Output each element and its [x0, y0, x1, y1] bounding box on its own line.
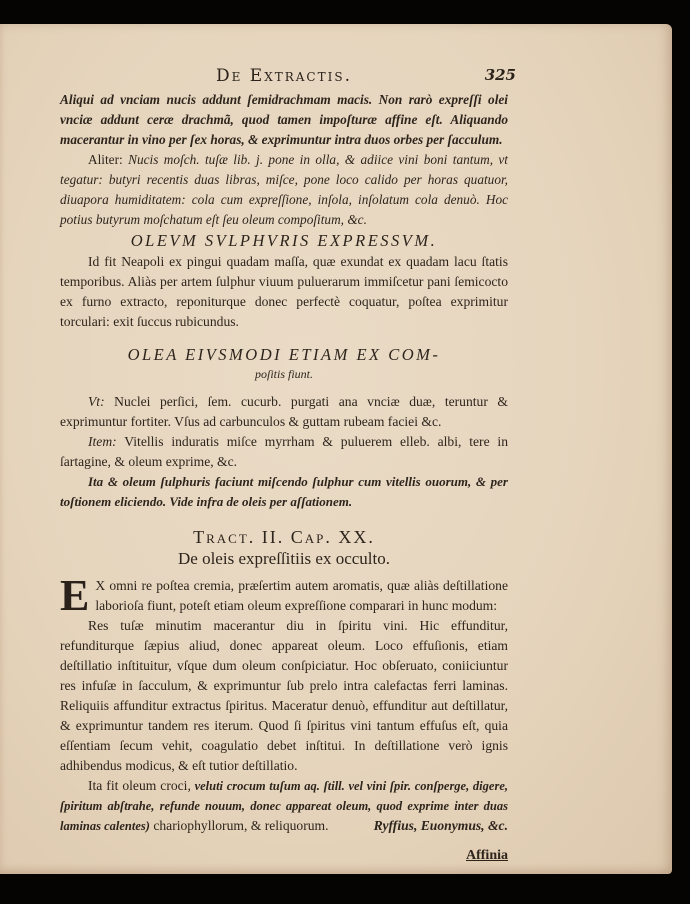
page-number: 325	[485, 66, 516, 84]
ut-paragraph: Vt: Nuclei perſici, ſem. cucurb. purgati…	[60, 392, 508, 432]
intro-text: X omni re poſtea cremia, præſertim autem…	[95, 578, 508, 613]
ut-text: Nuclei perſici, ſem. cucurb. purgati ana…	[60, 394, 508, 429]
chapter-title: Tract. II. Cap. XX.	[60, 526, 508, 548]
para2-end: chariophyllorum, & reliquorum.	[150, 818, 329, 833]
chapter-paragraph-2: Ita fit oleum croci, veluti crocum tuſum…	[60, 776, 508, 836]
para2-start: Ita fit oleum croci,	[88, 778, 191, 793]
section-heading-sulphur: OLEVM SVLPHVRIS EXPRESSVM.	[60, 230, 508, 252]
aliter-label: Aliter:	[88, 152, 123, 167]
ita-paragraph: Ita & oleum ſulphuris faciunt miſcendo ſ…	[60, 472, 508, 512]
item-text: Vitellis induratis miſce myrrham & pulue…	[60, 434, 508, 469]
top-paragraph: Aliqui ad vnciam nucis addunt ſemidrachm…	[60, 90, 508, 150]
drop-cap: E	[60, 578, 89, 614]
source-note: Ryffius, Euonymus, &c.	[346, 816, 508, 836]
section-subheading-compositis: poſitis fiunt.	[60, 366, 508, 382]
item-paragraph: Item: Vitellis induratis miſce myrrham &…	[60, 432, 508, 472]
running-title: De Extractis.	[60, 66, 508, 86]
catchword: Affinia	[60, 848, 508, 864]
page-body: Aliqui ad vnciam nucis addunt ſemidrachm…	[60, 90, 508, 864]
book-page: De Extractis. 325 Aliqui ad vnciam nucis…	[0, 24, 672, 874]
chapter-subtitle: De oleis expreſſitiis ex occulto.	[60, 548, 508, 570]
aliter-paragraph: Aliter: Nucis moſch. tuſæ lib. j. pone i…	[60, 150, 508, 230]
chapter-paragraph-1: Res tuſæ minutim macerantur diu in ſpiri…	[60, 616, 508, 776]
sulphur-paragraph: Id fit Neapoli ex pingui quadam maſſa, q…	[60, 252, 508, 332]
ut-label: Vt:	[88, 394, 105, 409]
aliter-text: Nucis moſch. tuſæ lib. j. pone in olla, …	[60, 152, 508, 227]
item-label: Item:	[88, 434, 117, 449]
chapter-intro: E X omni re poſtea cremia, præſertim aut…	[60, 576, 508, 616]
running-head: De Extractis. 325	[60, 66, 508, 90]
section-heading-compositis: OLEA EIVSMODI ETIAM EX COM-	[60, 344, 508, 366]
